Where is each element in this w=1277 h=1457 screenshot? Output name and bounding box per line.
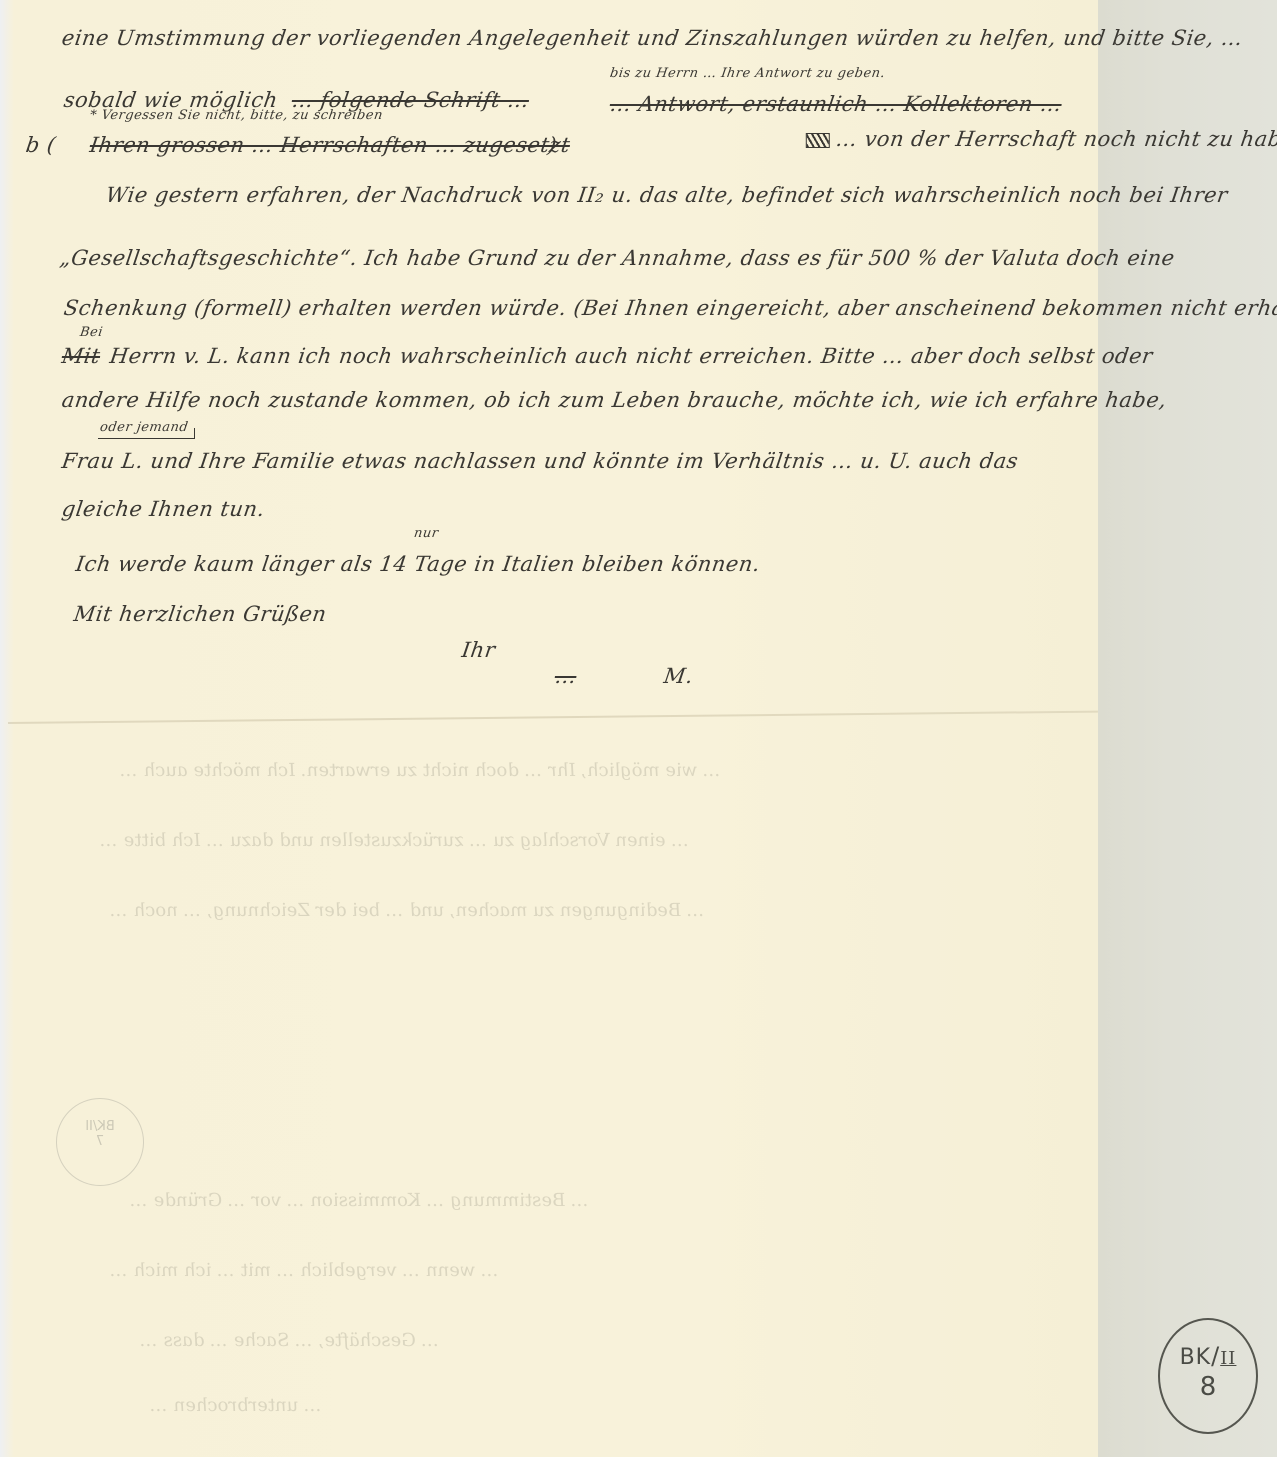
line-8-text: Herrn v. L. kann ich noch wahrscheinlich… xyxy=(108,344,1154,368)
archive-stamp: BK/II 8 xyxy=(1158,1318,1258,1434)
bleed-through-line: … wie möglich, Ihr … doch nicht zu erwar… xyxy=(119,760,723,781)
letter-page xyxy=(0,0,1100,1457)
letter-line-5: Wie gestern erfahren, der Nachdruck von … xyxy=(104,183,1229,207)
insertion-above-line-12: nur xyxy=(413,526,440,541)
letter-line-10: Frau L. und Ihre Familie etwas nachlasse… xyxy=(60,449,1019,473)
bleed-through-line: … unterbrochen … xyxy=(149,1395,324,1416)
bleed-through-line: … einen Vorschlag zu … zurückzustellen u… xyxy=(99,830,691,851)
stamp-separator: / xyxy=(1211,1342,1220,1370)
line-8-struck-text: Mit xyxy=(60,344,102,368)
archive-stamp-number: 8 xyxy=(1160,1372,1256,1402)
scan-background-band xyxy=(1098,0,1277,1457)
archive-stamp-code: BK/II xyxy=(1160,1342,1256,1370)
insertion-bracket xyxy=(98,428,195,439)
letter-line-6: „Gesellschaftsgeschichte“. Ich habe Grun… xyxy=(58,246,1176,270)
line-3-struck-text: Ihren grossen … Herrschaften … zugesetzt xyxy=(88,133,571,157)
letter-line-7: Schenkung (formell) erhalten werden würd… xyxy=(62,296,1277,320)
bleed-through-line: … Bestimmung … Kommission … vor … Gründe… xyxy=(129,1190,591,1211)
bleed-through-line: … Geschäfte, … Sache … dass … xyxy=(139,1330,441,1351)
ghost-stamp-number: 7 xyxy=(57,1134,143,1149)
line-4-text: … von der Herrschaft noch nicht zu haben… xyxy=(834,127,1277,151)
closing-greeting: Mit herzlichen Grüßen xyxy=(72,602,328,626)
bleed-through-line: … wenn … vergeblich … mit … ich mich … xyxy=(109,1260,501,1281)
letter-line-9: andere Hilfe noch zustande kommen, ob ic… xyxy=(60,388,1168,412)
bleed-through-line: … Bedingungen zu machen, und … bei der Z… xyxy=(109,900,707,921)
insertion-above-line-8: Bei xyxy=(79,325,104,340)
ghost-stamp-code: BK/II xyxy=(57,1119,143,1134)
stamp-collection-code: BK xyxy=(1180,1345,1212,1370)
line-2-struck-text-end: … Antwort, erstaunlich … Kollektoren … xyxy=(608,92,1063,116)
signature: M. xyxy=(662,664,695,688)
closing-ihr: Ihr xyxy=(460,638,497,662)
hatched-box-marker-icon xyxy=(806,133,830,148)
insertion-above-line-3: * Vergessen Sie nicht, bitte, zu schreib… xyxy=(89,108,384,123)
letter-line-1: eine Umstimmung der vorliegenden Angeleg… xyxy=(60,26,1244,50)
ghost-archive-stamp: BK/II 7 xyxy=(56,1098,144,1186)
letter-line-12: Ich werde kaum länger als 14 Tage in Ita… xyxy=(74,552,762,576)
letter-line-4: … von der Herrschaft noch nicht zu haben… xyxy=(804,127,1277,151)
struck-signature: … xyxy=(553,664,578,688)
stamp-series: II xyxy=(1220,1348,1236,1369)
letter-line-11: gleiche Ihnen tun. xyxy=(60,497,266,521)
line-3-prefix: b ( xyxy=(24,133,57,157)
insertion-above-line-2: bis zu Herrn … Ihre Antwort zu geben. xyxy=(609,66,886,81)
